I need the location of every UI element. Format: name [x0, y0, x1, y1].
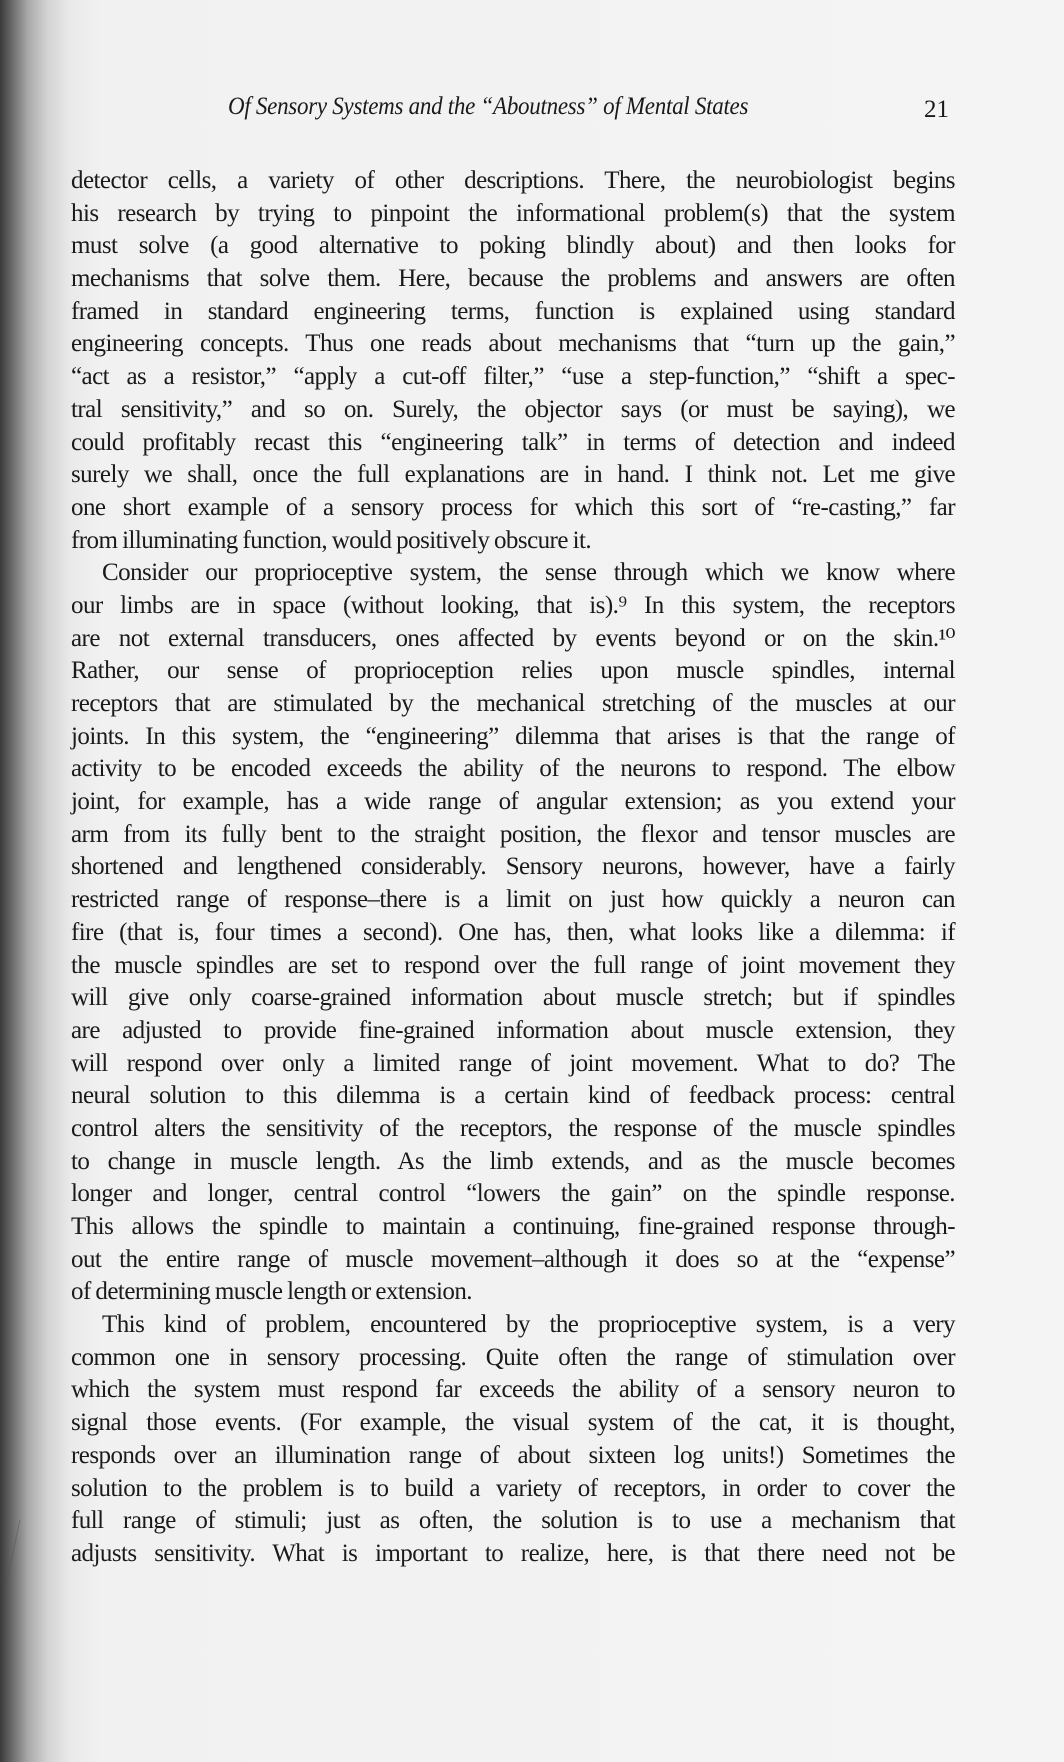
text-line: neural solution to this dilemma is a cer… — [71, 1080, 955, 1113]
text-line: fire (that is, four times a second). One… — [71, 917, 955, 950]
page-number: 21 — [924, 96, 949, 124]
text-line: out the entire range of muscle movement–… — [71, 1244, 955, 1277]
text-line: one short example of a sensory process f… — [71, 492, 955, 525]
text-line: will respond over only a limited range o… — [71, 1048, 955, 1081]
text-line: arm from its fully bent to the straight … — [71, 819, 955, 852]
text-line: signal those events. (For example, the v… — [71, 1407, 955, 1440]
text-line: Rather, our sense of proprioception reli… — [71, 655, 955, 688]
text-line: This kind of problem, encountered by the… — [71, 1309, 955, 1342]
text-line: activity to be encoded exceeds the abili… — [71, 753, 955, 786]
text-line: of determining muscle length or extensio… — [71, 1276, 955, 1309]
text-line: longer and longer, central control “lowe… — [71, 1178, 955, 1211]
running-head: Of Sensory Systems and the “Aboutness” o… — [228, 93, 958, 121]
text-line: full range of stimuli; just as often, th… — [71, 1505, 955, 1538]
text-line: control alters the sensitivity of the re… — [71, 1113, 955, 1146]
text-line: his research by trying to pinpoint the i… — [71, 198, 955, 231]
paragraph: This kind of problem, encountered by the… — [71, 1309, 955, 1571]
text-line: which the system must respond far exceed… — [71, 1374, 955, 1407]
text-line: the muscle spindles are set to respond o… — [71, 950, 955, 983]
text-line: must solve (a good alternative to poking… — [71, 230, 955, 263]
book-page: Of Sensory Systems and the “Aboutness” o… — [0, 0, 1064, 1762]
text-line: shortened and lengthened considerably. S… — [71, 851, 955, 884]
text-line: mechanisms that solve them. Here, becaus… — [71, 263, 955, 296]
text-line: are not external transducers, ones affec… — [71, 623, 955, 656]
text-line: framed in standard engineering terms, fu… — [71, 296, 955, 329]
text-line: tral sensitivity,” and so on. Surely, th… — [71, 394, 955, 427]
text-line: surely we shall, once the full explanati… — [71, 459, 955, 492]
text-line: to change in muscle length. As the limb … — [71, 1146, 955, 1179]
body-text: detector cells, a variety of other descr… — [71, 165, 955, 1571]
running-title: Of Sensory Systems and the “Aboutness” o… — [228, 93, 748, 121]
paragraph: Consider our proprioceptive system, the … — [71, 557, 955, 1309]
text-line: are adjusted to provide fine-grained inf… — [71, 1015, 955, 1048]
text-line: our limbs are in space (without looking,… — [71, 590, 955, 623]
text-line: adjusts sensitivity. What is important t… — [71, 1538, 955, 1571]
text-line: engineering concepts. Thus one reads abo… — [71, 328, 955, 361]
text-line: will give only coarse-grained informatio… — [71, 982, 955, 1015]
text-line: detector cells, a variety of other descr… — [71, 165, 955, 198]
text-line: This allows the spindle to maintain a co… — [71, 1211, 955, 1244]
text-line: from illuminating function, would positi… — [71, 525, 955, 558]
text-line: receptors that are stimulated by the mec… — [71, 688, 955, 721]
text-line: solution to the problem is to build a va… — [71, 1473, 955, 1506]
paragraph: detector cells, a variety of other descr… — [71, 165, 955, 557]
text-line: “act as a resistor,” “apply a cut-off fi… — [71, 361, 955, 394]
text-line: responds over an illumination range of a… — [71, 1440, 955, 1473]
text-line: joints. In this system, the “engineering… — [71, 721, 955, 754]
margin-pencil-mark — [5, 1520, 23, 1590]
text-line: joint, for example, has a wide range of … — [71, 786, 955, 819]
text-line: could profitably recast this “engineerin… — [71, 427, 955, 460]
text-line: Consider our proprioceptive system, the … — [71, 557, 955, 590]
text-line: restricted range of response–there is a … — [71, 884, 955, 917]
text-line: common one in sensory processing. Quite … — [71, 1342, 955, 1375]
